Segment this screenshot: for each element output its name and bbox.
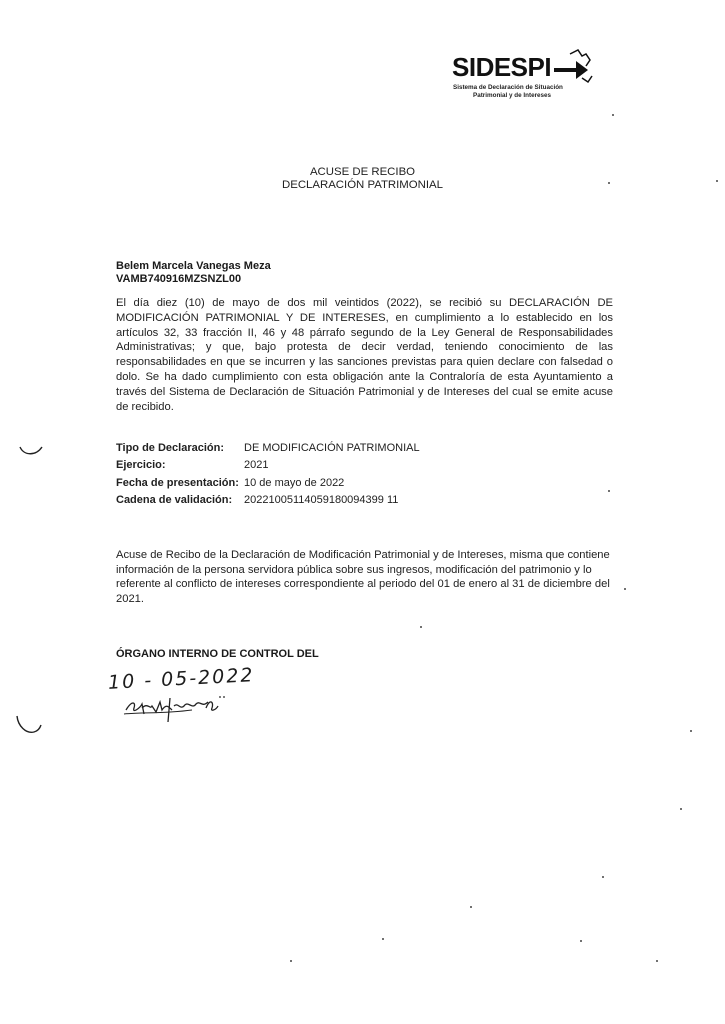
scan-speck <box>624 588 626 590</box>
detail-row-date: Fecha de presentación: 10 de mayo de 202… <box>116 475 420 492</box>
logo-wordmark: SIDESPI <box>452 52 551 83</box>
scan-speck <box>382 938 384 940</box>
detail-value: 2021 <box>244 457 268 474</box>
document-page: SIDESPI Sistema de Declaración de Situac… <box>0 0 725 1024</box>
logo-subtitle-line1: Sistema de Declaración de Situación <box>453 84 563 91</box>
scan-speck <box>420 626 422 628</box>
scan-speck <box>608 490 610 492</box>
detail-value: 20221005114059180094399 11 <box>244 492 398 509</box>
document-subtitle: DECLARACIÓN PATRIMONIAL <box>0 179 725 191</box>
summary-paragraph: Acuse de Recibo de la Declaración de Mod… <box>116 548 616 606</box>
declarant-rfc: VAMB740916MZSNZL00 <box>116 273 241 285</box>
sidespi-logo: SIDESPI Sistema de Declaración de Situac… <box>448 44 598 114</box>
signature-icon <box>122 688 232 724</box>
scan-speck <box>656 960 658 962</box>
detail-row-validation: Cadena de validación: 202210051140591800… <box>116 492 420 509</box>
detail-row-exercise: Ejercicio: 2021 <box>116 457 420 474</box>
declarant-name: Belem Marcela Vanegas Meza <box>116 260 271 272</box>
receipt-paragraph: El día diez (10) de mayo de dos mil vein… <box>116 296 613 414</box>
logo-subtitle-line2: Patrimonial y de Intereses <box>473 92 551 99</box>
scan-speck <box>612 114 614 116</box>
scan-speck <box>680 808 682 810</box>
detail-row-type: Tipo de Declaración: DE MODIFICACIÓN PAT… <box>116 440 420 457</box>
document-title: ACUSE DE RECIBO <box>0 166 725 178</box>
detail-label: Tipo de Declaración: <box>116 440 244 457</box>
scan-speck <box>716 180 718 182</box>
punch-mark-icon <box>14 714 44 736</box>
detail-value: 10 de mayo de 2022 <box>244 475 344 492</box>
arrow-icon <box>552 48 594 86</box>
control-organ-heading: ÓRGANO INTERNO DE CONTROL DEL <box>116 648 319 660</box>
detail-value: DE MODIFICACIÓN PATRIMONIAL <box>244 440 420 457</box>
scan-speck <box>470 906 472 908</box>
declaration-details: Tipo de Declaración: DE MODIFICACIÓN PAT… <box>116 440 420 509</box>
detail-label: Cadena de validación: <box>116 492 244 509</box>
scan-speck <box>602 876 604 878</box>
scan-speck <box>290 960 292 962</box>
scan-speck <box>608 182 610 184</box>
punch-mark-icon <box>18 444 44 458</box>
detail-label: Fecha de presentación: <box>116 475 244 492</box>
detail-label: Ejercicio: <box>116 457 244 474</box>
scan-speck <box>580 940 582 942</box>
scan-speck <box>690 730 692 732</box>
